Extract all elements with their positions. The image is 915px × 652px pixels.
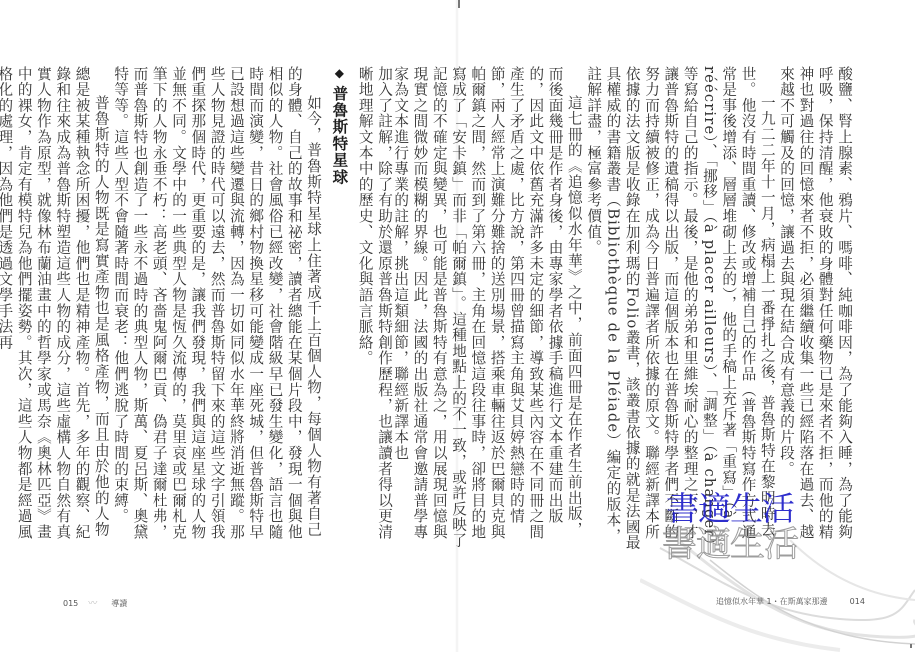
left-page-footer: 015〰導讀: [63, 596, 127, 609]
paragraph: 這七冊的《追憶似水年華》之中，前面四冊是在作者生前出版，而後面幾冊是作者身後，由…: [391, 66, 584, 551]
page-number: 014: [850, 597, 865, 606]
paragraph: 如今，普魯斯特星球上住著成千上百個人物，每個人物有著自己的身體、自己的故事和祕密…: [111, 66, 323, 551]
crop-mark-icon: [458, 0, 460, 8]
book-spread: 加入了註解，除了有助於還原普魯斯特創作歷程，也讓讀者得以更清晰地理解文本中的歷史…: [0, 0, 915, 652]
ornament-icon: 〰: [88, 599, 97, 609]
crop-mark-icon: [910, 644, 912, 648]
section-heading: ◆普魯斯特星球: [329, 66, 349, 551]
right-page-text-body: 酸鹽、腎上腺素、鴉片、嗎啡、純咖啡因，為了能夠入睡，為了能夠呼吸，保持清醒，他衰…: [527, 66, 854, 551]
diamond-bullet-icon: ◆: [329, 66, 348, 81]
running-header: 追憶似水年華 1・在斯萬家那邊: [716, 597, 828, 606]
paragraph: 普魯斯特的人物既是寫實產物也是風格產物，而且由於他的人物總是被某種執念所困擾，他…: [0, 66, 111, 551]
paragraph: 酸鹽、腎上腺素、鴉片、嗎啡、純咖啡因，為了能夠入睡，為了能夠呼吸，保持清醒，他衰…: [777, 66, 854, 551]
page-number: 015: [63, 599, 78, 608]
paragraph: 加入了註解，除了有助於還原普魯斯特創作歷程，也讓讀者得以更清晰地理解文本中的歷史…: [355, 66, 394, 551]
paragraph: 一九二二年十一月，病榻上一番掙扎之後，普魯斯特在黎明時去世。他沒有時間重讀、修改…: [584, 66, 777, 551]
section-heading-text: 普魯斯特星球: [330, 85, 349, 185]
right-page-footer: 追憶似水年華 1・在斯萬家那邊014: [716, 596, 865, 607]
running-header: 導讀: [111, 599, 127, 608]
left-page-text-body: 加入了註解，除了有助於還原普魯斯特創作歷程，也讓讀者得以更清晰地理解文本中的歷史…: [62, 66, 394, 551]
left-page: 加入了註解，除了有助於還原普魯斯特創作歷程，也讓讀者得以更清晰地理解文本中的歷史…: [0, 0, 457, 652]
